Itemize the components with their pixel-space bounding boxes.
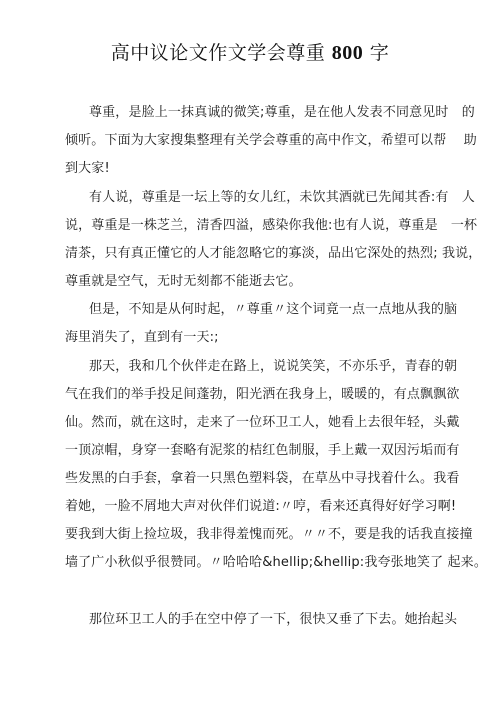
text-line: 有人说，尊重是一坛上等的女儿红，未饮其酒就已先闻其香:有 人 — [89, 190, 475, 206]
text-line: 仙。然而，就在这时，走来了一位环卫工人，她看上去很年轻，头戴 — [65, 415, 460, 431]
document-title: 高中议论文作文学会尊重 800 字 — [0, 38, 500, 65]
text-line: 海里消失了，直到有一天:; — [65, 330, 219, 346]
text-line: 那天，我和几个伙伴走在路上，说说笑笑，不亦乐乎，青春的朝 — [89, 359, 457, 375]
text-line: 气在我们的举手投足间蓬勃，阳光洒在我身上，暖暖的，有点飘飘欲 — [65, 387, 460, 403]
text-line: 但是，不知是从何时起，〃尊重〃这个词竟一点一点地从我的脑 — [89, 302, 457, 318]
title-number: 800 — [332, 42, 364, 64]
title-suffix: 字 — [363, 42, 389, 64]
text-line: 着她，一脸不屑地大声对伙伴们说道:〃哼，看来还真得好好学习啊! — [65, 499, 456, 515]
text-line: 一顶凉帽，身穿一套略有泥浆的桔红色制服，手上戴一双因污垢而有 — [65, 443, 460, 459]
text-line: 尊重就是空气，无时无刻都不能逝去它。 — [65, 274, 302, 290]
text-line: 那位环卫工人的手在空中停了一下，很快又垂了下去。她抬起头 — [89, 612, 457, 628]
text-line: 些发黑的白手套，拿着一只黑色塑料袋，在草丛中寻找着什么。我看 — [65, 471, 460, 487]
title-prefix: 高中议论文作文学会尊重 — [111, 42, 332, 64]
text-line: 墙了广小秋似乎很赞同。〃哈哈哈&hellip;&hellip:我夸张地笑了 起来… — [65, 555, 487, 571]
text-line: 清茶，只有真正懂它的人才能忽略它的寡淡，品出它深处的热烈; 我说， — [65, 246, 481, 262]
text-line: 到大家! — [65, 161, 110, 177]
text-line: 要我到大街上捡垃圾，我非得羞愧而死。〃〃不，要是我的话我直接撞 — [65, 527, 473, 543]
text-line: 说，尊重是一株芝兰，清香四溢，感染你我他:也有人说，尊重是 一杯 — [65, 218, 477, 234]
text-line: 尊重，是脸上一抹真诚的微笑;尊重，是在他人发表不同意见时 的 — [89, 105, 475, 121]
text-line: 倾听。下面为大家搜集整理有关学会尊重的高中作文，希望可以帮 助 — [65, 133, 477, 149]
